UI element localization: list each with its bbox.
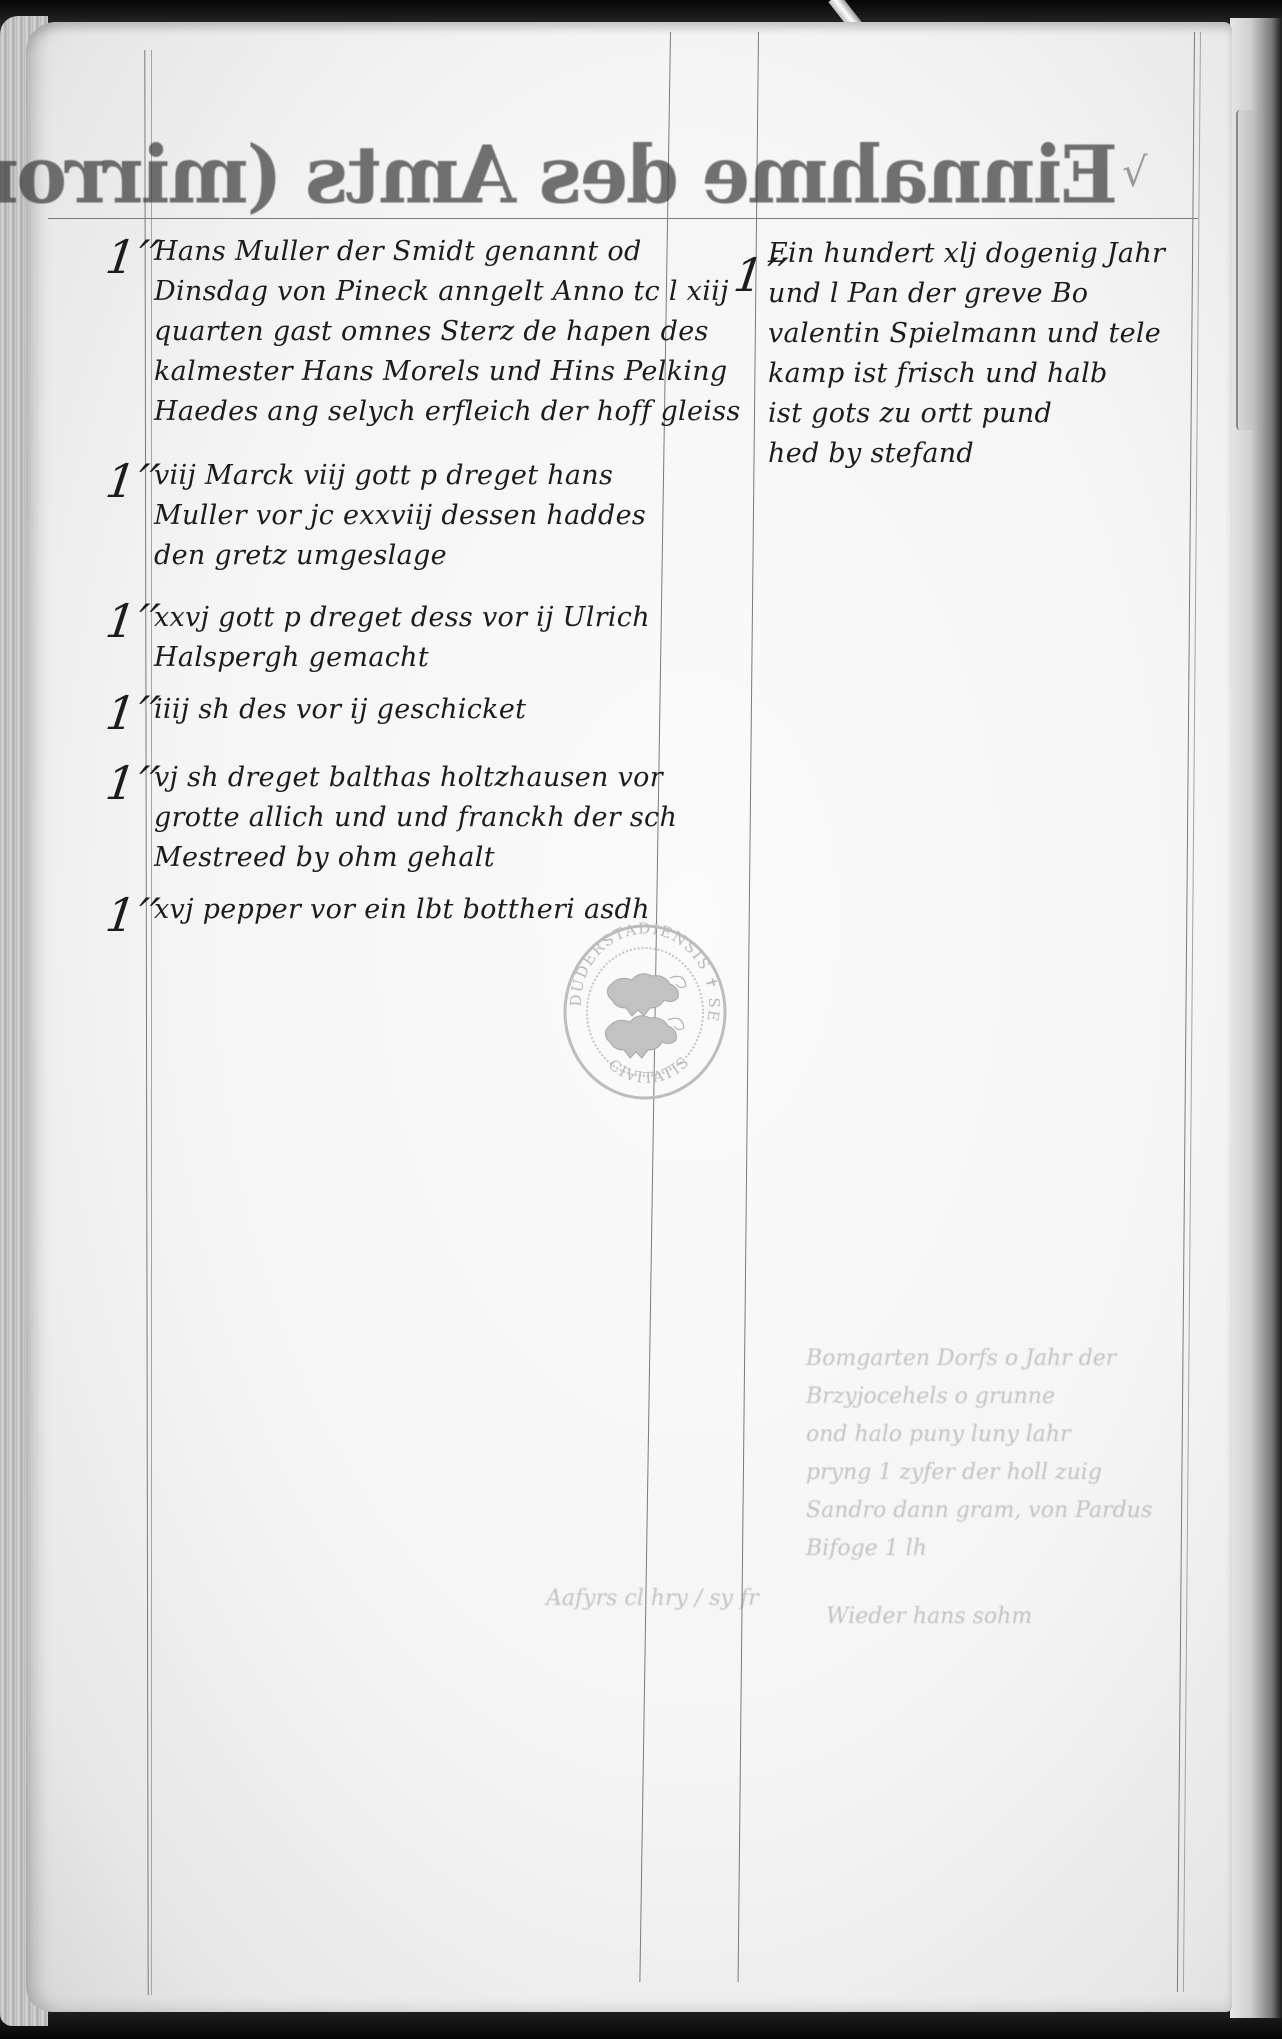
heading-bleedthrough: Einnahme des Amts (mirrored, bleed-throu…	[338, 134, 1118, 216]
left-entry-5: vj sh dreget balthas holtzhausen vor gro…	[154, 758, 677, 878]
right-entry-1: Ein hundert xlj dogenig Jahr und l Pan d…	[768, 234, 1165, 474]
bleed-line: Aafyrs cl hry / sy fr	[546, 1580, 759, 1618]
left-entry-3: xxvj gott p dreget dess vor ij Ulrich Ha…	[154, 598, 650, 678]
entry-line: Muller vor jc exxviij dessen haddes	[154, 496, 646, 536]
entry-line: grotte allich und und franckh der sch	[154, 798, 677, 838]
bleed-line: Brzyjocehels o grunne	[806, 1378, 1152, 1416]
stamp-legend-bottom: CIVITATIS	[605, 1052, 693, 1087]
entry-line: den gretz umgeslage	[154, 536, 646, 576]
bleed-line: Sandro dann gram, von Pardus	[806, 1492, 1152, 1530]
entry-line: Hans Muller der Smidt genannt od	[154, 232, 741, 272]
entry-line: quarten gast omnes Sterz de hapen des	[154, 312, 741, 352]
lion-emblem-icon	[606, 974, 687, 1058]
entry-line: Mestreed by ohm gehalt	[154, 838, 677, 878]
entry-line: Halspergh gemacht	[154, 638, 650, 678]
left-entry-2: viij Marck viij gott p dreget hans Mulle…	[154, 456, 646, 576]
entry-line: viij Marck viij gott p dreget hans	[154, 456, 646, 496]
entry-line: kalmester Hans Morels und Hins Pelking	[154, 352, 741, 392]
entry-line: kamp ist frisch und halb	[768, 354, 1165, 394]
entry-line: und l Pan der greve Bo	[768, 274, 1165, 314]
checkmark-icon: √	[1122, 150, 1148, 196]
bleed-line: Wieder hans sohm	[826, 1598, 1032, 1636]
entry-line: Haedes ang selych erfleich der hoff glei…	[154, 392, 741, 432]
left-entry-4: iiij sh des vor ij geschicket	[154, 690, 526, 730]
bleed-line: pryng 1 zyfer der holl zuig	[806, 1454, 1152, 1492]
paper-tab-right	[1236, 110, 1264, 430]
left-margin-rule-inner	[151, 50, 152, 1995]
bleed-line: Bomgarten Dorfs o Jahr der	[806, 1340, 1152, 1378]
entry-line: valentin Spielmann und tele	[768, 314, 1165, 354]
entry-line: ist gots zu ortt pund	[768, 394, 1165, 434]
entry-line: Dinsdag von Pineck anngelt Anno tc l xii…	[154, 272, 741, 312]
bleed-line: Bifoge 1 lh	[806, 1530, 1152, 1568]
entry-line: vj sh dreget balthas holtzhausen vor	[154, 758, 677, 798]
archive-stamp: DUDERSTADIENSIS ✝ SECRETUM CIVITATIS	[560, 918, 730, 1100]
entry-line: Ein hundert xlj dogenig Jahr	[768, 234, 1165, 274]
column-rule-mid-right	[738, 32, 760, 1982]
bleed-line: ond halo puny luny lahr	[806, 1416, 1152, 1454]
entry-line: xxvj gott p dreget dess vor ij Ulrich	[154, 598, 650, 638]
entry-line: hed by stefand	[768, 434, 1165, 474]
bleed-through-text-right-lower: Bomgarten Dorfs o Jahr der Brzyjocehels …	[806, 1340, 1152, 1568]
bleed-through-text-middle: Aafyrs cl hry / sy fr	[546, 1580, 759, 1618]
bleed-through-text-right-lower-2: Wieder hans sohm	[826, 1598, 1032, 1636]
entry-line: iiij sh des vor ij geschicket	[154, 690, 526, 730]
left-margin-rule-outer	[144, 50, 149, 1995]
left-entry-1: Hans Muller der Smidt genannt od Dinsdag…	[154, 232, 741, 432]
